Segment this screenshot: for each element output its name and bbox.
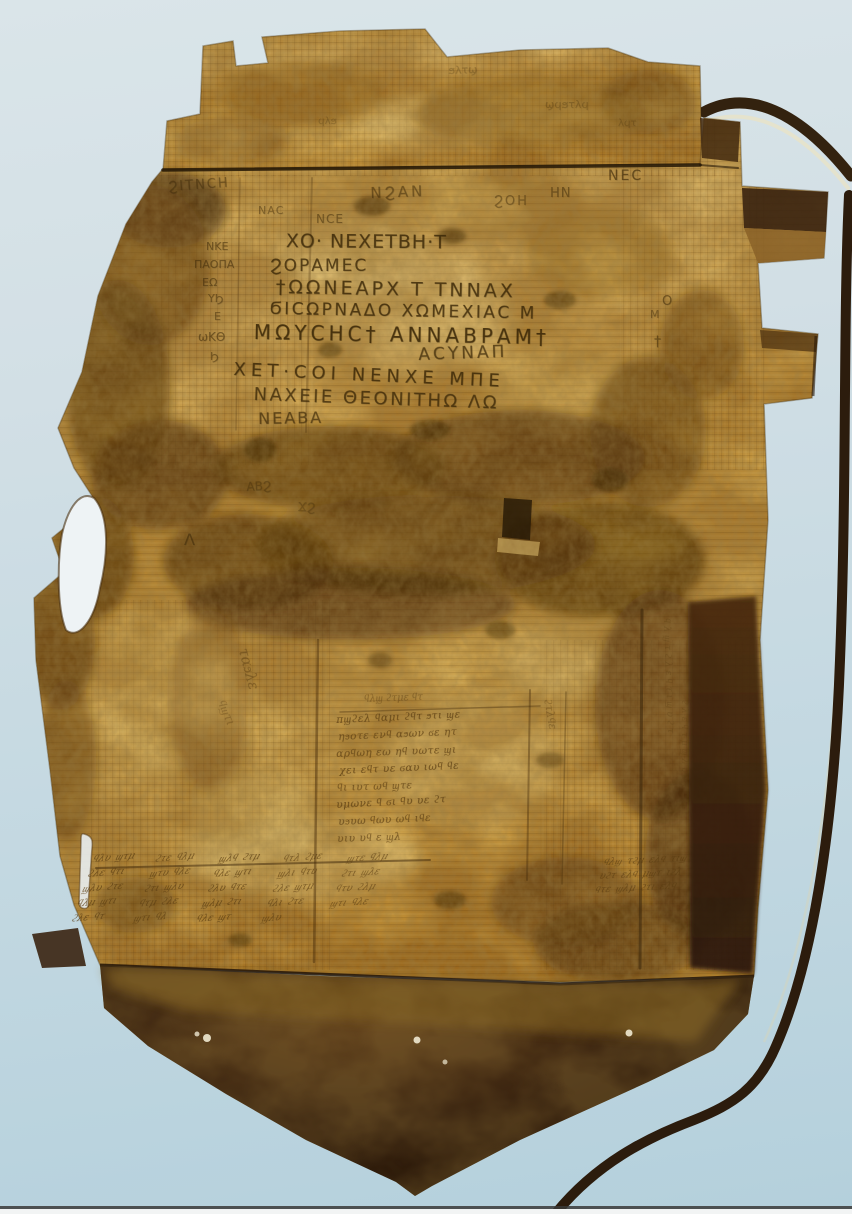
cursive-docket-line: πϣϩελ ϥαμι ϩϥτ ϧτι ϣε <box>336 709 461 726</box>
strip-mark: λϥτ <box>618 118 637 129</box>
coptic-fragment: ΝϹΕ <box>316 212 344 226</box>
cursive-docket-line: ηϧοτε ενϥ αϧων ϭε ητ <box>338 726 457 743</box>
coptic-fragment: ϨΙΤΝϹΗ <box>168 176 230 195</box>
cursive-docket-line: ϥι ιυτ ωϥ ϣτε <box>337 779 413 794</box>
coptic-main-line: †ΩΩΝΕΑΡΧ Τ ΤΝΝΑΧ <box>276 276 516 302</box>
cursive-docket-line: αρϥωη εω ηϥ υωτε ϣι <box>336 744 457 760</box>
writing-overlay: ϨΙΤΝϹΗ ΝϨΑΝ ϨΟΗ ΝΕϹ ΝϹΕ ΝΑϹ ΗΝ ΧΟ· ΝΕΧΕΤ… <box>0 0 852 1214</box>
cursive-docket-header: ϥλϣ ϩτμε ϥτ <box>364 692 423 705</box>
manuscript-photo: ϨΙΤΝϹΗ ΝϨΑΝ ϨΟΗ ΝΕϹ ΝϹΕ ΝΑϹ ΗΝ ΧΟ· ΝΕΧΕΤ… <box>0 0 852 1214</box>
margin-letters: ΝΚΕ <box>206 240 228 253</box>
cursive-edge-line: ϩλεϥτμϣλυϥτ <box>679 700 690 791</box>
margin-letters: ωΚΘ <box>198 330 225 344</box>
damage-fragment: ΑΒϨ <box>246 479 271 494</box>
cursive-scribble: ϥϣτι <box>214 698 238 728</box>
margin-letters: ΕΩ <box>202 276 217 289</box>
coptic-main-line: ΝΕΑΒΑ <box>258 408 323 428</box>
cursive-docket-line: χει εϥτ υε ϭαυ ιωϥ ϥε <box>339 760 460 777</box>
margin-letters: Ϧ <box>210 350 219 363</box>
coptic-fragment: ΝϨΑΝ <box>370 182 426 202</box>
coptic-fragment: ΝΕϹ <box>608 168 643 184</box>
margin-letters: Μ <box>650 308 660 321</box>
strip-mark: ϧλτϣ <box>448 63 478 77</box>
coptic-main-line: ϬΙϹΩΡΝΑΔΟ ΧΩΜΕΧΙΑϹ Μ <box>270 299 537 324</box>
margin-letters: † <box>654 334 661 350</box>
margin-letters: ΥϦ <box>208 292 223 305</box>
cursive-edge-line: ϥλϣτϩλεϥτιϣυϩτ <box>661 618 676 737</box>
photo-edge-margin <box>0 1209 852 1214</box>
coptic-fragment: ΗΝ <box>550 186 572 201</box>
strip-mark: ϥλϧ <box>318 116 337 127</box>
damage-fragment: ϪϨ <box>298 500 316 515</box>
coptic-main-line: ΑϹΥΝΑΠ <box>418 342 508 365</box>
margin-letters: ΠΑΟΠΑ <box>194 258 234 271</box>
coptic-fragment: ϨΟΗ <box>494 194 529 209</box>
coptic-main-line: ΧΟ· ΝΕΧΕΤΒΗ·Τ <box>286 230 447 253</box>
cursive-docket-line: υιυ υϥ ε ϣλ <box>337 831 401 845</box>
cursive-scribble: ϩτλϥε <box>541 698 559 730</box>
coptic-fragment: ΝΑϹ <box>258 204 284 217</box>
cursive-scribble: ταϧλε <box>234 646 263 692</box>
cursive-docket-line: υμωνε ϥ ϭι ϥυ υε ϩτ <box>336 793 447 811</box>
cursive-column: ϥλϣ τϩμ ελϥ τιϣ υϩτ ελϥ μϣτ ιϩλ ϥτε ϣλμ … <box>593 852 692 898</box>
damage-fragment: Λ <box>184 530 195 549</box>
margin-letters: Ο <box>662 294 672 309</box>
margin-letters: Ε <box>214 310 221 323</box>
strip-mark: ϣϥϧτλϥ <box>545 98 589 111</box>
coptic-main-line: ϨΟΡΑΜΕϹ <box>270 256 368 276</box>
cursive-docket-line: υϧυω ϥωυ ωϥ ιϥε <box>338 812 431 828</box>
